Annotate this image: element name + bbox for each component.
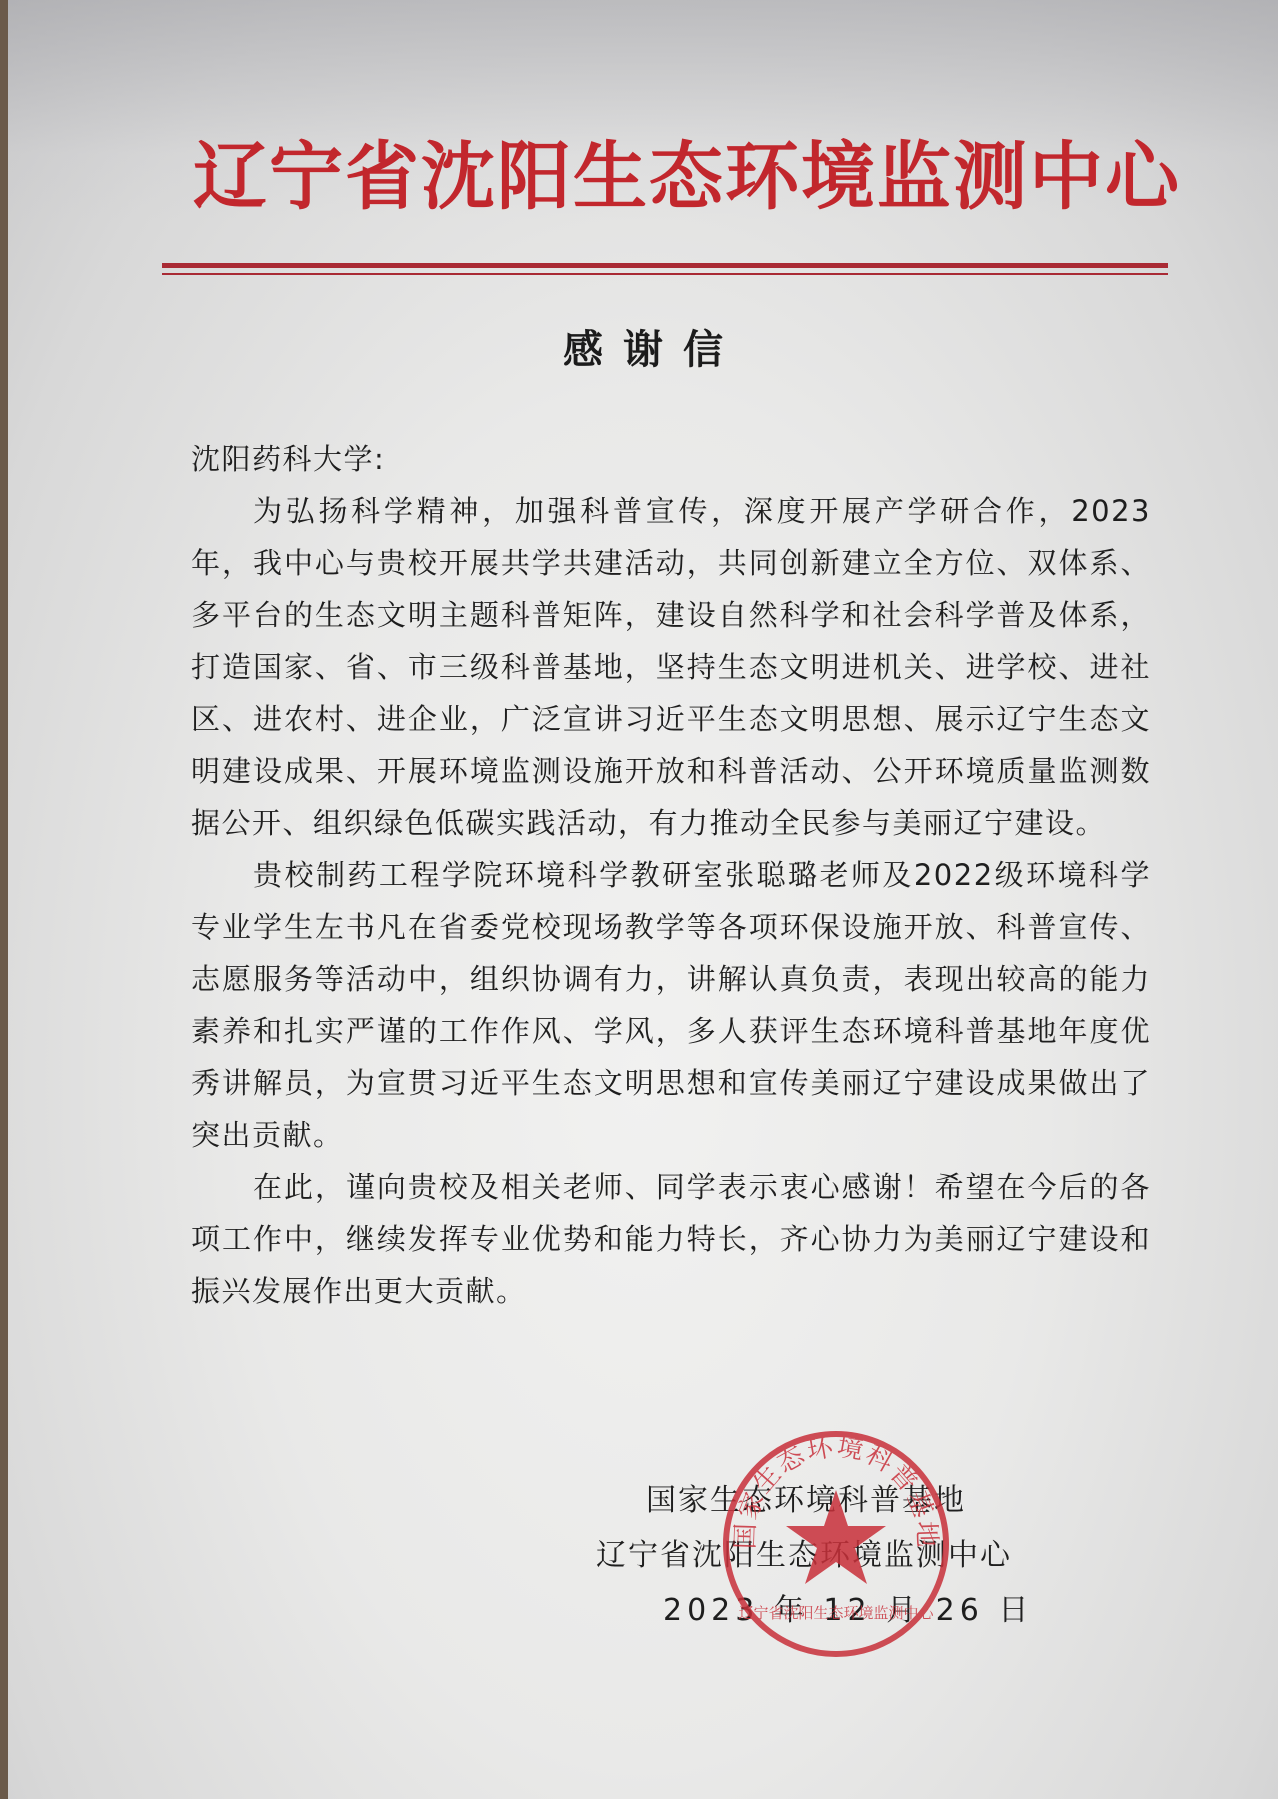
paragraph-1: 为弘扬科学精神，加强科普宣传，深度开展产学研合作，2023年，我中心与贵校开展共… — [191, 485, 1151, 849]
letterhead-organization: 辽宁省沈阳生态环境监测中心 — [193, 140, 1153, 214]
salutation: 沈阳药科大学: — [191, 433, 1151, 485]
official-seal: 国家生态环境科普基地 辽宁省沈阳生态环境监测中心 — [720, 1428, 952, 1660]
letterhead-rule-thick — [162, 263, 1168, 268]
star-icon — [786, 1490, 886, 1584]
letter-body: 沈阳药科大学: 为弘扬科学精神，加强科普宣传，深度开展产学研合作，2023年，我… — [191, 433, 1151, 1317]
document-title: 感谢信 — [8, 318, 1278, 375]
seal-bottom-text: 辽宁省沈阳生态环境监测中心 — [738, 1604, 934, 1622]
paragraph-3: 在此，谨向贵校及相关老师、同学表示衷心感谢！希望在今后的各项工作中，继续发挥专业… — [191, 1161, 1151, 1317]
letterhead-rule-thin — [162, 273, 1168, 275]
paragraph-2: 贵校制药工程学院环境科学教研室张聪璐老师及2022级环境科学专业学生左书凡在省委… — [191, 849, 1151, 1161]
letter-paper: 辽宁省沈阳生态环境监测中心 感谢信 沈阳药科大学: 为弘扬科学精神，加强科普宣传… — [8, 0, 1278, 1799]
